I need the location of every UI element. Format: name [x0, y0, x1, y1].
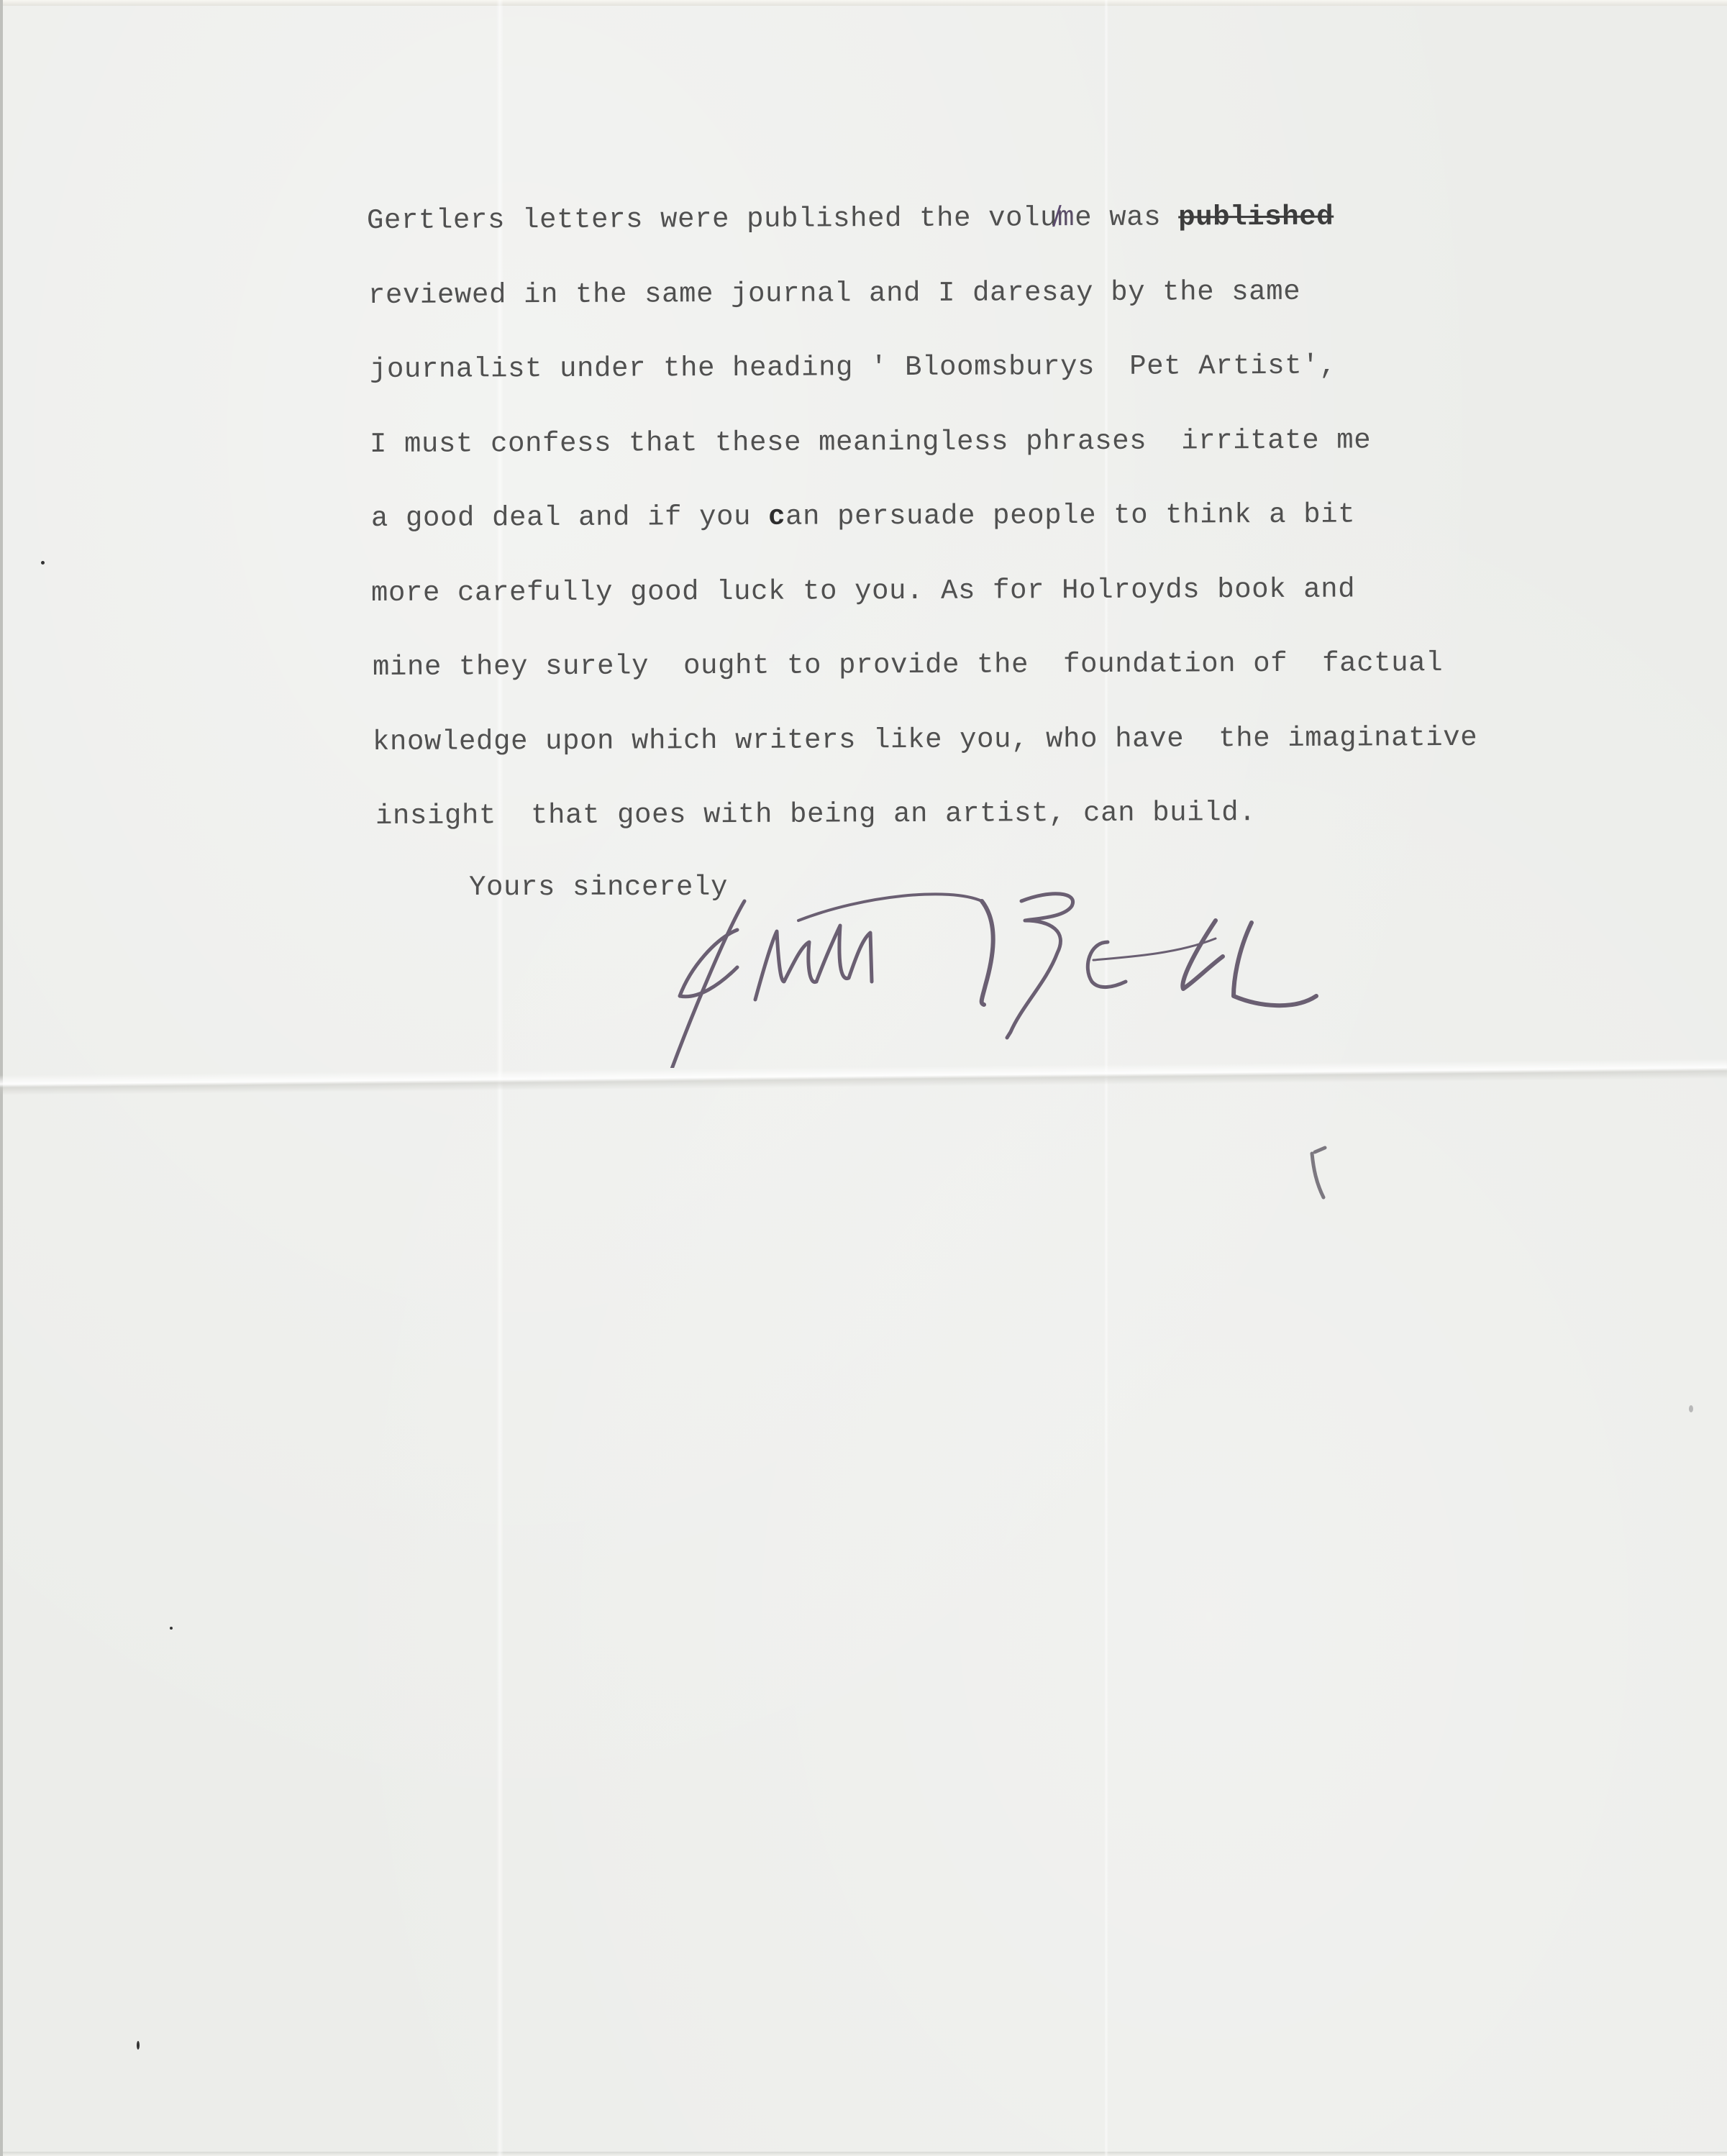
paper-speck — [41, 561, 45, 565]
letter-line: insight that goes with being an artist, … — [375, 799, 1256, 831]
handwritten-correction: m — [1057, 202, 1075, 234]
struck-out-word: published — [1178, 201, 1334, 234]
line-text: more carefully good luck to you. As for … — [371, 573, 1355, 608]
line-text: e was — [1075, 201, 1178, 234]
letter-line: Gertlers letters were published the volu… — [367, 204, 1334, 235]
line-text: mine they surely ought to provide the fo… — [373, 647, 1443, 683]
line-text: journalist under the heading ' Bloomsbur… — [370, 350, 1336, 385]
letter-line: I must confess that these meaningless ph… — [370, 426, 1371, 459]
letter-line: journalist under the heading ' Bloomsbur… — [370, 352, 1336, 384]
paper-bottom-edge — [0, 2152, 1727, 2156]
overtyped-letter: c — [768, 501, 785, 533]
letter-page: Gertlers letters were published the volu… — [0, 0, 1727, 2156]
letter-line: a good deal and if you can persuade peop… — [371, 501, 1355, 533]
paper-speck — [170, 1627, 173, 1630]
line-text: a good deal and if you — [371, 501, 768, 534]
line-text: insight that goes with being an artist, … — [375, 797, 1256, 832]
line-text: knowledge upon which writers like you, w… — [373, 721, 1477, 757]
pencil-mark — [1302, 1143, 1331, 1201]
line-text: an persuade people to think a bit — [785, 499, 1355, 533]
paper-speck — [1689, 1405, 1693, 1412]
paper-top-edge — [0, 0, 1727, 6]
letter-line: knowledge upon which writers like you, w… — [373, 723, 1477, 756]
line-text: I must confess that these meaningless ph… — [370, 424, 1371, 460]
letter-line: mine they surely ought to provide the fo… — [373, 649, 1443, 682]
line-text: reviewed in the same journal and I dares… — [368, 275, 1300, 311]
line-text: Gertlers letters were published the volu — [367, 202, 1057, 237]
letter-line: reviewed in the same journal and I dares… — [368, 278, 1300, 309]
paper-speck — [137, 2041, 140, 2050]
handwritten-signature — [647, 881, 1424, 1068]
letter-line: more carefully good luck to you. As for … — [371, 575, 1355, 607]
